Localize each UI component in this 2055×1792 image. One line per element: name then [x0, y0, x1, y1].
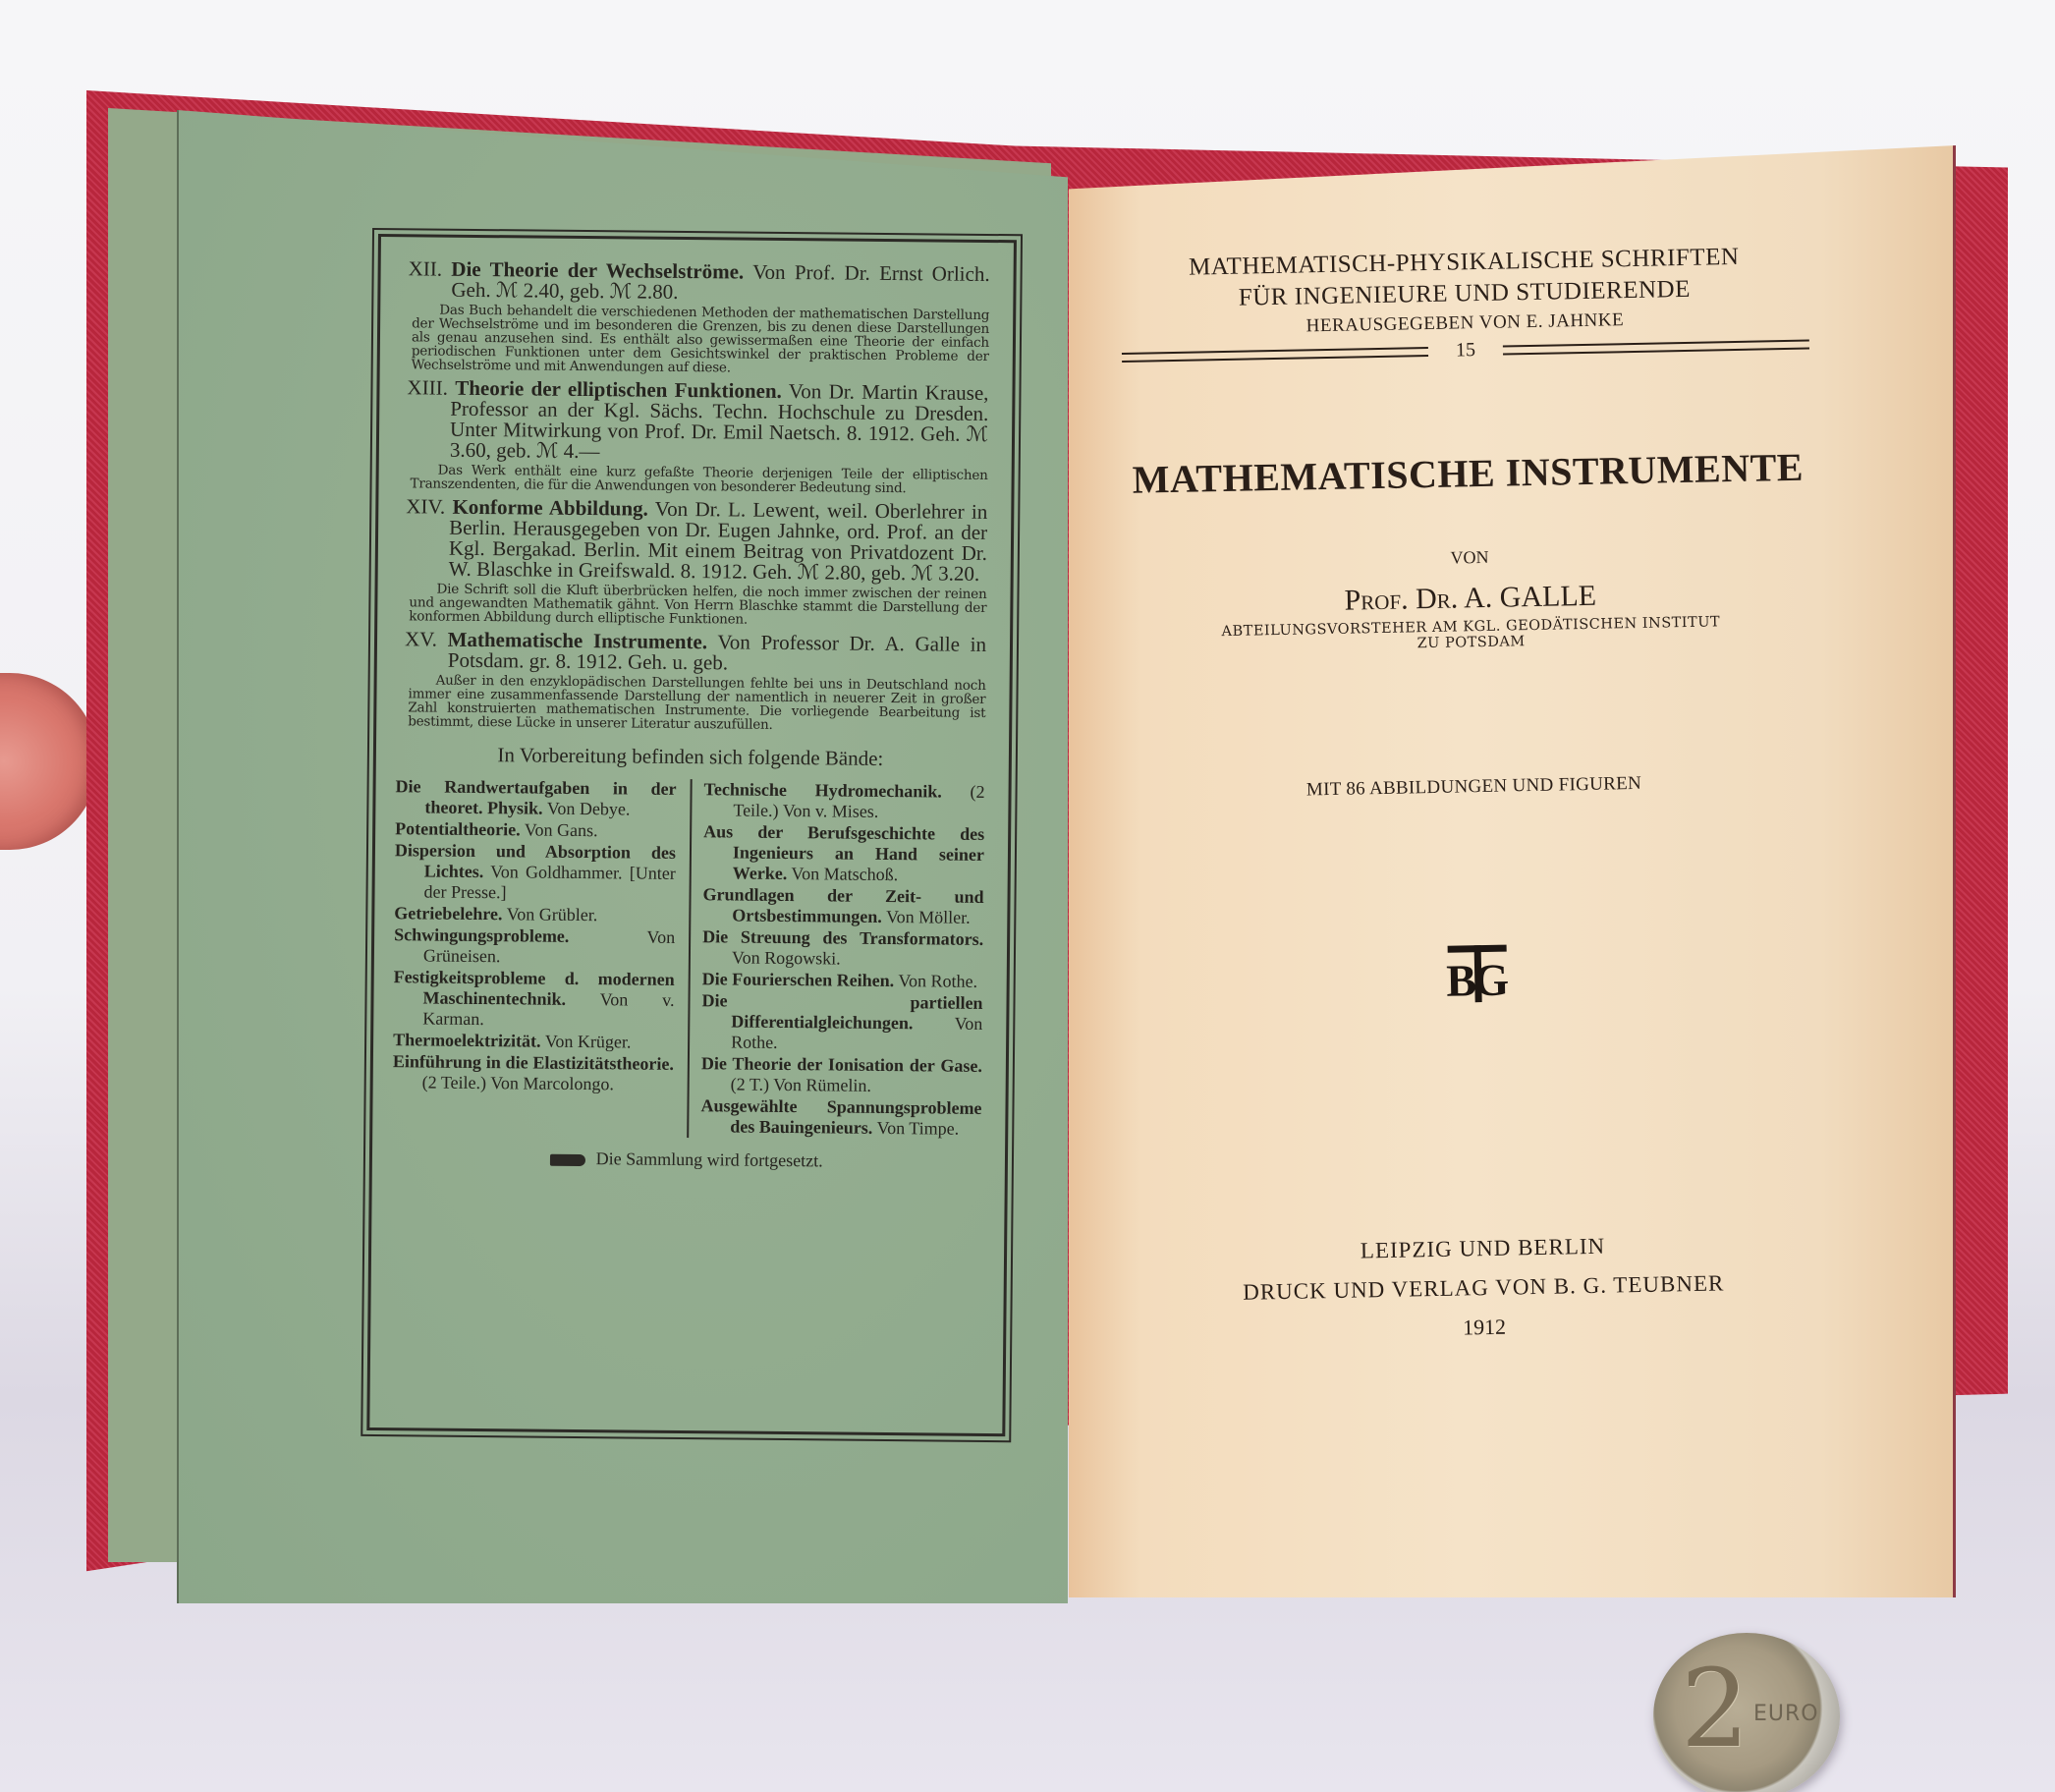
volume-description: Die Schrift soll die Kluft überbrücken h…: [397, 582, 986, 629]
in-preparation-heading: In Vorbereitung befinden sich folgende B…: [396, 742, 985, 772]
volume-entry: XIII. Theorie der elliptischen Funktione…: [398, 377, 988, 496]
in-preparation-left-column: Die Randwertaufgaben in der theoret. Phy…: [392, 776, 692, 1138]
in-preparation-right-column: Technische Hydromechanik. (2 Teile.) Von…: [689, 779, 984, 1141]
planned-volume-title: Die partiellen Differentialgleichungen.: [701, 990, 982, 1033]
volume-description: Das Buch behandelt die verschiedenen Met…: [400, 303, 990, 377]
planned-volume: Die Theorie der Ionisation der Gase. (2 …: [701, 1053, 982, 1097]
volume-numeral: XV.: [405, 627, 437, 650]
planned-volume-author: (2 Teile.) Von Marcolongo.: [422, 1072, 614, 1093]
series-number: 15: [1428, 339, 1503, 363]
collection-continued-note: Die Sammlung wird fortgesetzt.: [392, 1147, 981, 1173]
series-advertisement-box: XII. Die Theorie der Wechselströme. Von …: [366, 234, 1017, 1436]
finger: [0, 673, 98, 850]
coin-currency: EURO: [1753, 1702, 1819, 1726]
planned-volume-title: Getriebelehre.: [394, 903, 502, 924]
volume-entry-heading: XIII. Theorie der elliptischen Funktione…: [399, 377, 989, 466]
coin-value: 2: [1681, 1645, 1750, 1772]
planned-volume: Die Fourierschen Reihen. Von Rothe.: [702, 969, 983, 992]
planned-volume-author: Von Timpe.: [876, 1118, 959, 1139]
volume-description: Das Werk enthält eine kurz gefaßte Theor…: [398, 463, 987, 496]
publication-place: LEIPZIG UND BERLIN: [1139, 1229, 1826, 1267]
pointing-hand-icon: [550, 1154, 585, 1166]
planned-volume: Dispersion und Absorption des Lichtes. V…: [394, 840, 676, 905]
volume-description: Außer in den enzyklopädischen Darstellun…: [396, 673, 986, 734]
planned-volume: Einführung in die Elastizitätstheorie. (…: [393, 1051, 674, 1095]
teubner-monogram-icon: B G: [1448, 945, 1508, 1003]
planned-volume: Technische Hydromechanik. (2 Teile.) Von…: [703, 779, 984, 823]
planned-volume-title: Einführung in die Elastizitätstheorie.: [393, 1051, 674, 1074]
volume-entry: XIV. Konforme Abbildung. Von Dr. L. Lewe…: [397, 496, 987, 629]
publisher-line: DRUCK UND VERLAG VON B. G. TEUBNER: [1139, 1268, 1827, 1307]
planned-volume-title: Technische Hydromechanik.: [703, 779, 941, 801]
planned-volume-author: Von Grübler.: [507, 904, 598, 924]
planned-volume-author: Von Rothe.: [898, 971, 977, 991]
in-preparation-columns: Die Randwertaufgaben in der theoret. Phy…: [392, 776, 984, 1141]
planned-volume-title: Die Streuung des Transformators.: [702, 926, 983, 949]
planned-volume: Die partiellen Differentialgleichungen. …: [701, 990, 983, 1055]
title-page-content: MATHEMATISCH-PHYSIKALISCHE SCHRIFTEN FÜR…: [1120, 241, 1828, 1347]
planned-volume-title: Thermoelektrizität.: [393, 1030, 541, 1050]
planned-volume-title: Die Randwertaufgaben in der theoret. Phy…: [396, 776, 677, 817]
volume-entry-heading: XV. Mathematische Instrumente. Von Profe…: [397, 629, 986, 676]
volume-entries: XII. Die Theorie der Wechselströme. Von …: [396, 258, 990, 734]
volume-numeral: XIV.: [406, 494, 445, 518]
planned-volume: Ausgewählte Spannungsprobleme des Bauing…: [700, 1095, 981, 1140]
volume-entry-heading: XII. Die Theorie der Wechselströme. Von …: [400, 258, 989, 306]
planned-volume: Potentialtheorie. Von Gans.: [395, 818, 676, 842]
planned-volume: Die Streuung des Transformators. Von Rog…: [702, 926, 983, 971]
planned-volume-title: Potentialtheorie.: [395, 818, 521, 839]
volume-entry: XII. Die Theorie der Wechselströme. Von …: [400, 258, 990, 377]
planned-volume-title: Die Fourierschen Reihen.: [702, 969, 895, 990]
planned-volume-author: (2 T.) Von Rümelin.: [731, 1074, 871, 1094]
planned-volume-title: Die Theorie der Ionisation der Gase.: [701, 1053, 982, 1076]
planned-volume-title: Schwingungsprobleme.: [394, 924, 569, 946]
planned-volume-author: Von Rogowski.: [732, 947, 841, 968]
planned-volume-author: Von Krüger.: [545, 1032, 632, 1052]
double-rule-right: [1503, 339, 1809, 355]
photo-scene: XII. Die Theorie der Wechselströme. Von …: [0, 0, 2055, 1792]
planned-volume: Festigkeitsprobleme d. modernen Maschine…: [393, 967, 675, 1032]
planned-volume: Grundlagen der Zeit- und Ortsbestimmunge…: [702, 884, 983, 928]
publisher-logo-wrap: B G: [1134, 938, 1822, 1008]
planned-volume: Schwingungsprobleme. Von Grüneisen.: [394, 924, 675, 969]
planned-volume: Getriebelehre. Von Grübler.: [394, 903, 675, 926]
volume-entry-heading: XIV. Konforme Abbildung. Von Dr. L. Lewe…: [398, 496, 988, 585]
double-rule-left: [1122, 346, 1428, 362]
by-label: VON: [1126, 541, 1813, 575]
footer-note-text: Die Sammlung wird fortgesetzt.: [596, 1148, 823, 1170]
planned-volume-author: Von Möller.: [886, 907, 971, 927]
planned-volume: Aus der Berufsgeschichte des Ingenieurs …: [703, 821, 985, 886]
volume-entry: XV. Mathematische Instrumente. Von Profe…: [396, 629, 986, 734]
planned-volume-author: Von Gans.: [525, 819, 598, 840]
planned-volume: Die Randwertaufgaben in der theoret. Phy…: [395, 776, 676, 820]
book-title: MATHEMATISCHE INSTRUMENTE: [1124, 444, 1812, 503]
planned-volume-author: Von Matschoß.: [791, 864, 898, 884]
planned-volume: Thermoelektrizität. Von Krüger.: [393, 1030, 674, 1053]
two-euro-coin: 2 EURO: [1653, 1633, 1840, 1792]
figures-note: MIT 86 ABBILDUNGEN UND FIGUREN: [1130, 769, 1817, 804]
volume-numeral: XIII.: [407, 375, 448, 399]
volume-numeral: XII.: [409, 256, 443, 280]
planned-volume-author: Von Debye.: [547, 799, 631, 819]
